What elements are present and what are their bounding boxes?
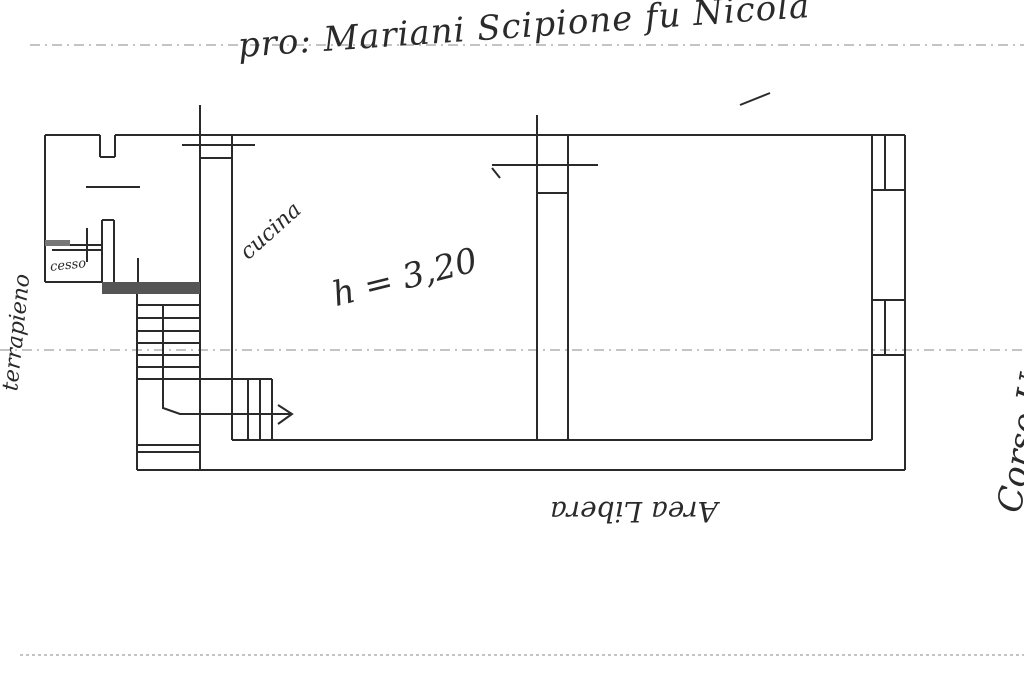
bottom-area-label: Area Libera xyxy=(550,495,718,528)
wall-fill-cesso xyxy=(45,240,70,246)
walls xyxy=(45,93,905,470)
floor-plan-drawing xyxy=(0,0,1024,682)
guide-lines xyxy=(0,45,1024,655)
wall-fill xyxy=(102,282,200,294)
